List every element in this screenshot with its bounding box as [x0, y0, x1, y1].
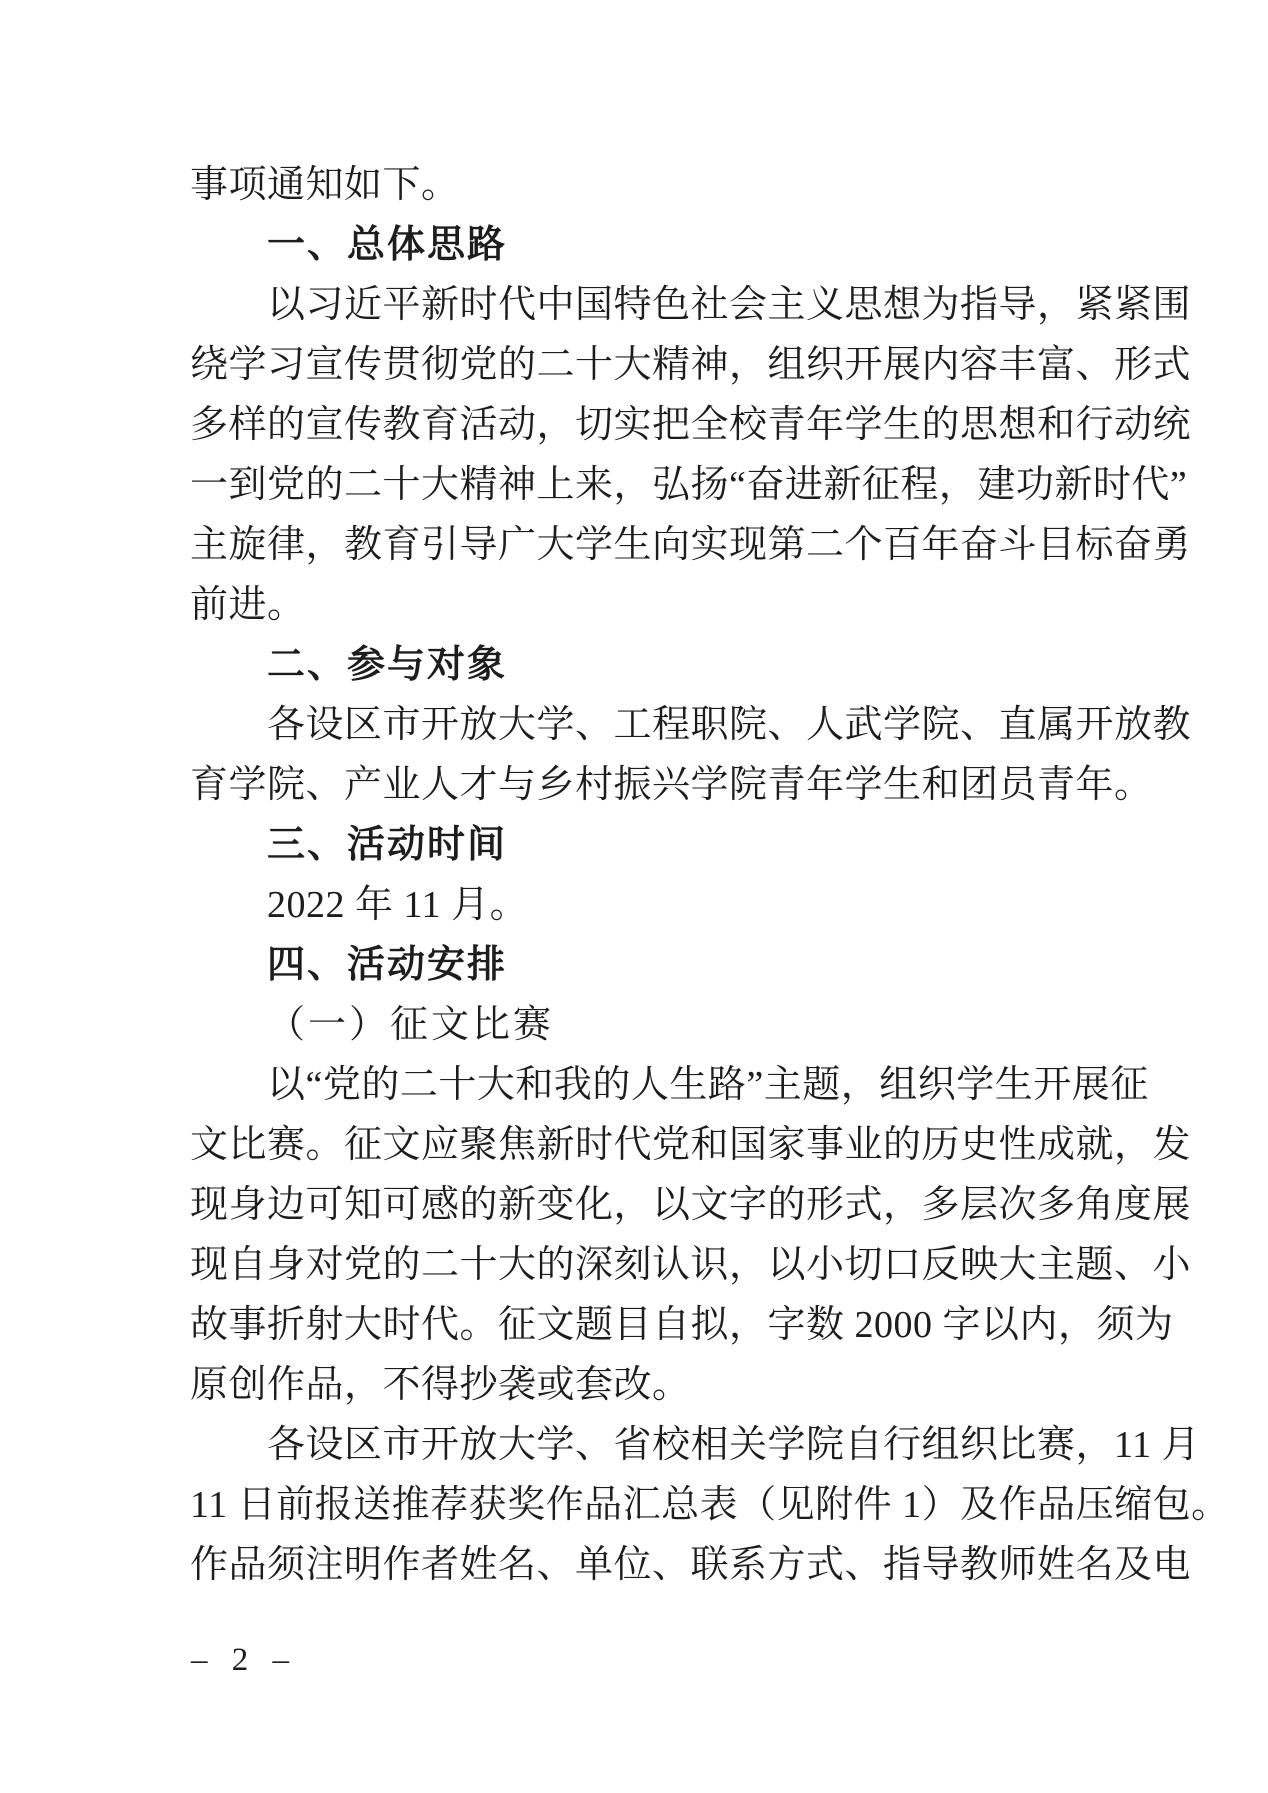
- document-line: 一到党的二十大精神上来，弘扬“奋进新征程，建功新时代”: [190, 455, 1190, 515]
- document-line: 各设区市开放大学、省校相关学院自行组织比赛，11 月: [190, 1415, 1190, 1475]
- document-line: 事项通知如下。: [190, 155, 1190, 215]
- section-heading: 三、活动时间: [190, 815, 1190, 875]
- document-line: 原创作品，不得抄袭或套改。: [190, 1355, 1190, 1415]
- document-line: 现身边可知可感的新变化，以文字的形式，多层次多角度展: [190, 1175, 1190, 1235]
- section-heading: 四、活动安排: [190, 935, 1190, 995]
- page-number: – 2 –: [191, 1640, 297, 1680]
- document-line: 文比赛。征文应聚焦新时代党和国家事业的历史性成就，发: [190, 1115, 1190, 1175]
- document-line: 主旋律，教育引导广大学生向实现第二个百年奋斗目标奋勇: [190, 515, 1190, 575]
- document-line: 绕学习宣传贯彻党的二十大精神，组织开展内容丰富、形式: [190, 335, 1190, 395]
- document-line: 故事折射大时代。征文题目自拟，字数 2000 字以内，须为: [190, 1295, 1190, 1355]
- document-line: 11 日前报送推荐获奖作品汇总表（见附件 1）及作品压缩包。: [190, 1475, 1190, 1535]
- document-line: 现自身对党的二十大的深刻认识，以小切口反映大主题、小: [190, 1235, 1190, 1295]
- document-body: 事项通知如下。一、总体思路以习近平新时代中国特色社会主义思想为指导，紧紧围绕学习…: [190, 155, 1190, 1595]
- section-heading: 一、总体思路: [190, 215, 1190, 275]
- document-line: 以习近平新时代中国特色社会主义思想为指导，紧紧围: [190, 275, 1190, 335]
- document-line: 2022 年 11 月。: [190, 875, 1190, 935]
- document-line: 多样的宣传教育活动，切实把全校青年学生的思想和行动统: [190, 395, 1190, 455]
- document-line: 以“党的二十大和我的人生路”主题，组织学生开展征: [190, 1055, 1190, 1115]
- document-line: 各设区市开放大学、工程职院、人武学院、直属开放教: [190, 695, 1190, 755]
- document-line: 前进。: [190, 575, 1190, 635]
- sub-section-heading: （一）征文比赛: [190, 995, 1190, 1055]
- document-page: 事项通知如下。一、总体思路以习近平新时代中国特色社会主义思想为指导，紧紧围绕学习…: [0, 0, 1268, 1793]
- document-line: 育学院、产业人才与乡村振兴学院青年学生和团员青年。: [190, 755, 1190, 815]
- section-heading: 二、参与对象: [190, 635, 1190, 695]
- document-line: 作品须注明作者姓名、单位、联系方式、指导教师姓名及电: [190, 1535, 1190, 1595]
